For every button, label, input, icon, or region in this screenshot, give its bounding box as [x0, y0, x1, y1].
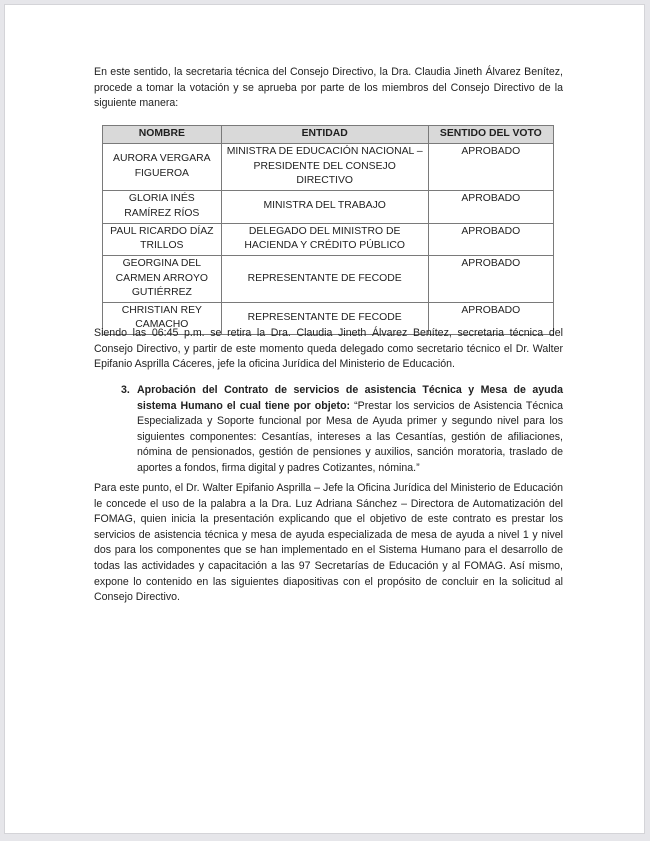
cell-nombre: PAUL RICARDO DÍAZ TRILLOS [103, 223, 222, 255]
cell-voto: APROBADO [428, 190, 553, 223]
table-row: PAUL RICARDO DÍAZ TRILLOS DELEGADO DEL M… [103, 223, 554, 255]
cell-voto: APROBADO [428, 144, 553, 191]
header-sentido-voto: SENTIDO DEL VOTO [428, 126, 553, 144]
item-body: Aprobación del Contrato de servicios de … [137, 383, 563, 477]
agenda-item-3: 3. Aprobación del Contrato de servicios … [111, 383, 563, 477]
vote-table-header-row: NOMBRE ENTIDAD SENTIDO DEL VOTO [103, 126, 554, 144]
table-row: GLORIA INÉS RAMÍREZ RÍOS MINISTRA DEL TR… [103, 190, 554, 223]
cell-voto: APROBADO [428, 223, 553, 255]
header-nombre: NOMBRE [103, 126, 222, 144]
document-page: En este sentido, la secretaria técnica d… [4, 4, 645, 834]
cell-entidad: MINISTRA DEL TRABAJO [221, 190, 428, 223]
cell-voto: APROBADO [428, 255, 553, 302]
presentation-paragraph: Para este punto, el Dr. Walter Epifanio … [94, 481, 563, 606]
table-row: GEORGINA DEL CARMEN ARROYO GUTIÉRREZ REP… [103, 255, 554, 302]
cell-entidad: DELEGADO DEL MINISTRO DE HACIENDA Y CRÉD… [221, 223, 428, 255]
item-number: 3. [121, 383, 130, 399]
header-entidad: ENTIDAD [221, 126, 428, 144]
table-row: AURORA VERGARA FIGUEROA MINISTRA DE EDUC… [103, 144, 554, 191]
delegation-paragraph: Siendo las 06:45 p.m. se retira la Dra. … [94, 326, 563, 373]
vote-table: NOMBRE ENTIDAD SENTIDO DEL VOTO AURORA V… [102, 125, 554, 335]
cell-nombre: GEORGINA DEL CARMEN ARROYO GUTIÉRREZ [103, 255, 222, 302]
cell-entidad: MINISTRA DE EDUCACIÓN NACIONAL – PRESIDE… [221, 144, 428, 191]
cell-nombre: GLORIA INÉS RAMÍREZ RÍOS [103, 190, 222, 223]
cell-nombre: AURORA VERGARA FIGUEROA [103, 144, 222, 191]
intro-paragraph: En este sentido, la secretaria técnica d… [94, 65, 563, 112]
cell-entidad: REPRESENTANTE DE FECODE [221, 255, 428, 302]
